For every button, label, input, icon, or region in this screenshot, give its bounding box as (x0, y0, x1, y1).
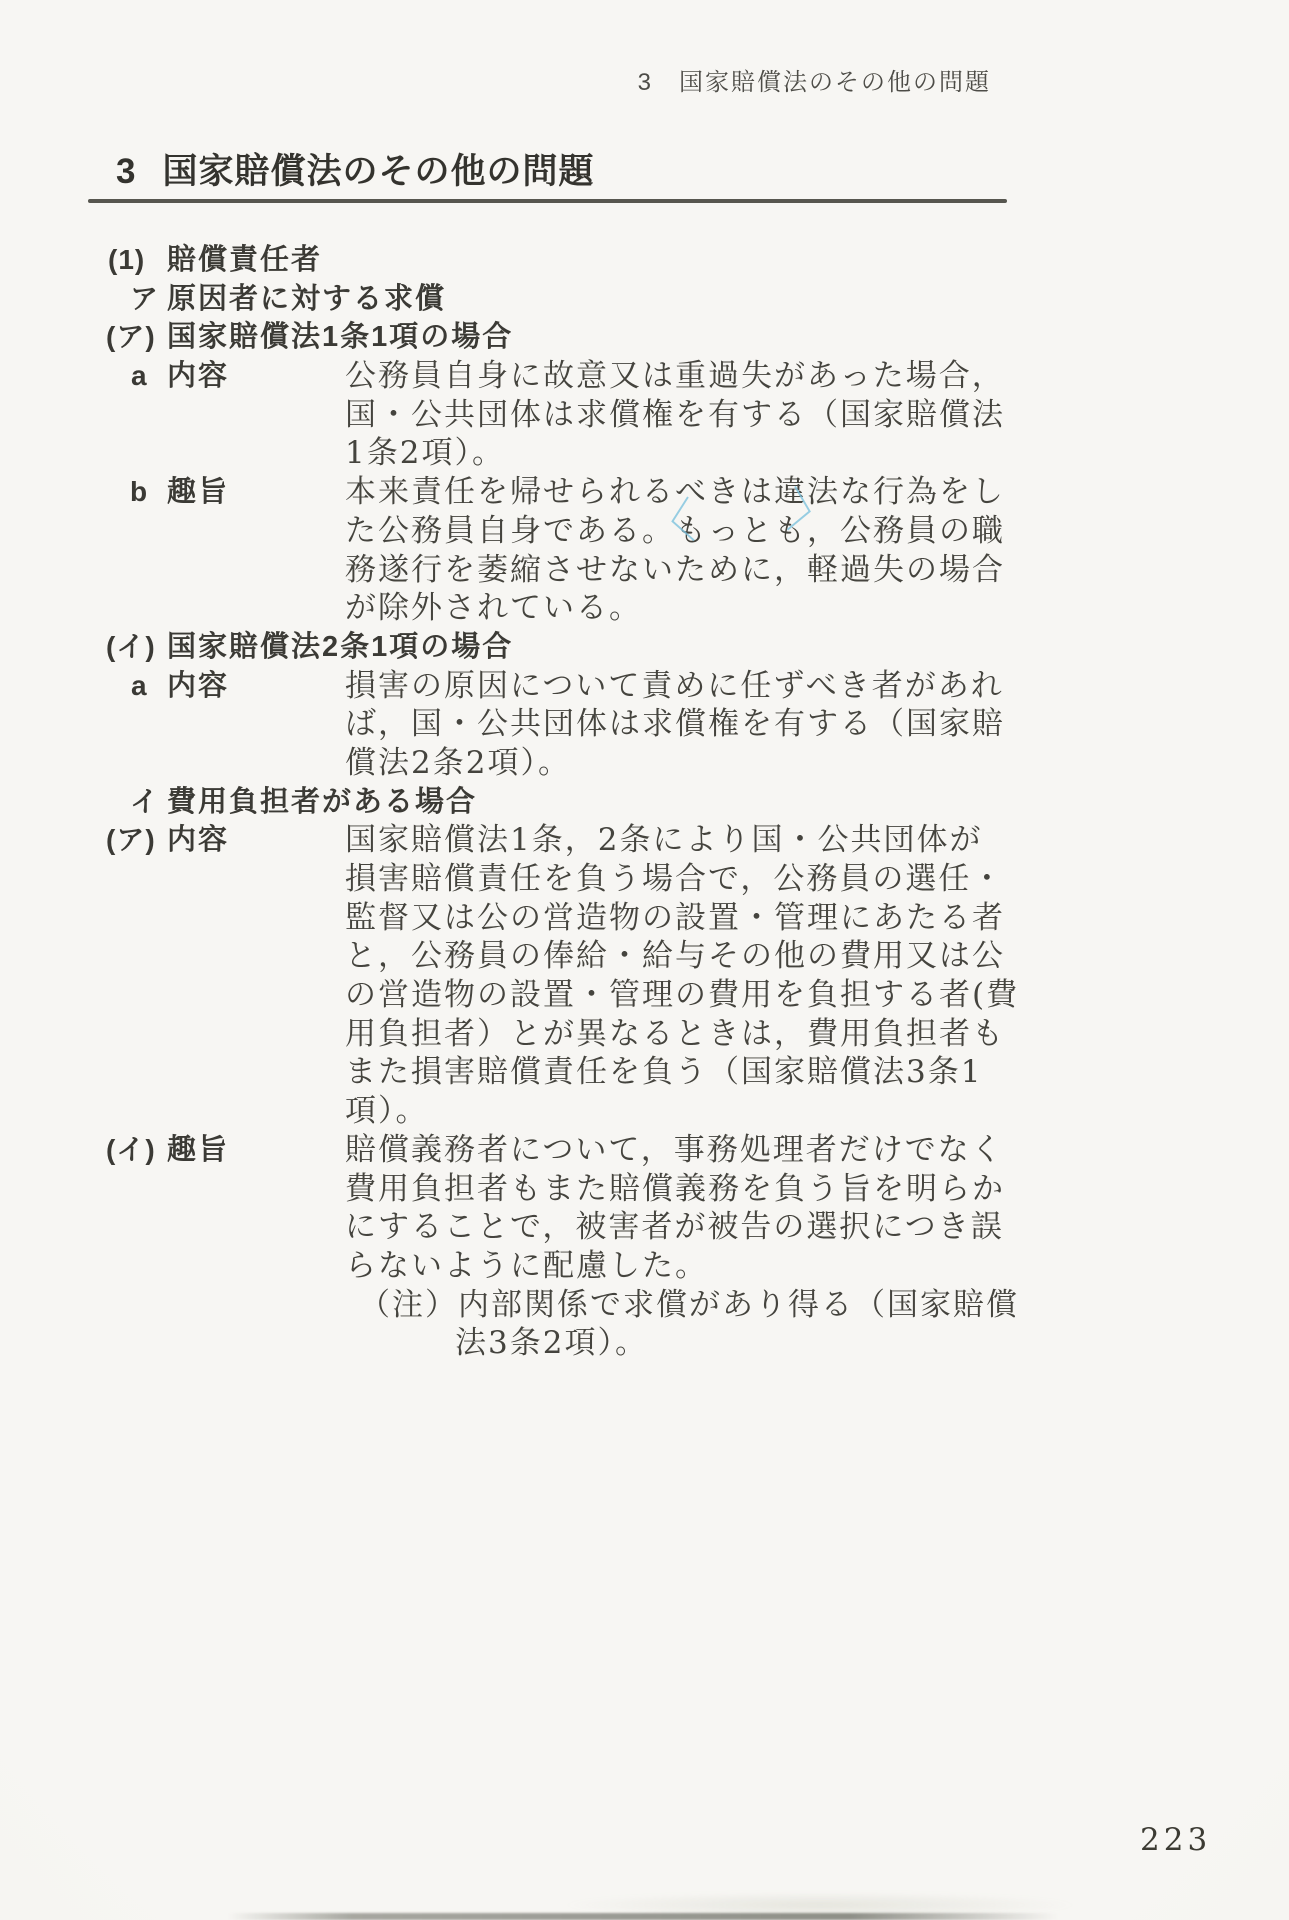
item-number: a (131, 357, 148, 396)
item-heading: 内容 (167, 357, 229, 396)
outline-line: 費用負担者もまた賠償義務を負う旨を明らか (0, 1170, 1289, 1209)
outline-line: 国・公共団体は求償権を有する（国家賠償法 (0, 396, 1289, 435)
item-body-text: 1条2項）。 (345, 434, 505, 473)
outline-line: (ア) 内容 国家賠償法1条，2条により国・公共団体が (0, 821, 1289, 860)
item-heading: 国家賠償法1条1項の場合 (167, 318, 513, 357)
outline-line: (イ) 国家賠償法2条1項の場合 (0, 628, 1289, 667)
item-body-text: 国・公共団体は求償権を有する（国家賠償法 (345, 396, 1005, 435)
item-body-text: と，公務員の俸給・給与その他の費用又は公 (345, 937, 1005, 976)
page-number: 223 (1140, 1822, 1211, 1858)
item-heading: 原因者に対する求償 (167, 280, 446, 319)
section-number: 3 (116, 152, 136, 191)
item-number: (イ) (106, 1131, 156, 1170)
item-body-text: にすることで，被害者が被告の選択につき誤 (345, 1208, 1004, 1247)
outline-line: イ 費用負担者がある場合 (0, 783, 1289, 822)
outline-line: ば，国・公共団体は求償権を有する（国家賠 (0, 705, 1289, 744)
item-number: (ア) (106, 318, 156, 357)
item-body-text: 国家賠償法1条，2条により国・公共団体が (345, 821, 982, 860)
outline-line: 償法2条2項）。 (0, 744, 1289, 783)
item-body-text: （注）内部関係で求償があり得る（国家賠償 (359, 1286, 1019, 1325)
item-heading: 費用負担者がある場合 (167, 783, 477, 822)
outline-content: (1) 賠償責任者 ア 原因者に対する求償 (ア) 国家賠償法1条1項の場合 a… (0, 241, 1289, 1363)
outline-line: にすることで，被害者が被告の選択につき誤 (0, 1208, 1289, 1247)
outline-line: 法3条2項）。 (0, 1324, 1289, 1363)
item-body-text: 損害賠償責任を負う場合で，公務員の選任・ (345, 860, 1004, 899)
item-heading: 内容 (167, 821, 229, 860)
item-body-text: の営造物の設置・管理の費用を負担する者(費 (345, 976, 1019, 1015)
outline-line: a 内容 損害の原因について責めに任ずべき者があれ (0, 667, 1289, 706)
outline-line: が除外されている。 (0, 589, 1289, 628)
document-page: 3 国家賠償法のその他の問題 3国家賠償法のその他の問題 (1) 賠償責任者 ア… (0, 0, 1289, 1920)
outline-line: （注）内部関係で求償があり得る（国家賠償 (0, 1286, 1289, 1325)
item-heading: 趣旨 (167, 473, 229, 512)
outline-line: 用負担者）とが異なるときは，費用負担者も (0, 1015, 1289, 1054)
item-number: ア (130, 280, 159, 319)
outline-line: らないように配慮した。 (0, 1247, 1289, 1286)
item-body-text: らないように配慮した。 (345, 1247, 708, 1286)
outline-line: (イ) 趣旨 賠償義務者について，事務処理者だけでなく (0, 1131, 1289, 1170)
item-number: a (131, 667, 148, 706)
item-body-text: 用負担者）とが異なるときは，費用負担者も (345, 1015, 1005, 1054)
outline-line: 監督又は公の営造物の設置・管理にあたる者 (0, 899, 1289, 938)
outline-line: と，公務員の俸給・給与その他の費用又は公 (0, 937, 1289, 976)
title-underline (88, 199, 1007, 203)
outline-line: (ア) 国家賠償法1条1項の場合 (0, 318, 1289, 357)
item-heading: 内容 (167, 667, 229, 706)
item-body-text: また損害賠償責任を負う（国家賠償法3条1 (345, 1053, 982, 1092)
item-body-text: 法3条2項）。 (455, 1324, 648, 1363)
page-title: 3国家賠償法のその他の問題 (116, 144, 594, 194)
item-body-text: 監督又は公の営造物の設置・管理にあたる者 (345, 899, 1005, 938)
item-number: b (130, 473, 148, 512)
handwritten-close-bracket: 〉 (784, 486, 840, 542)
item-body-text: 務遂行を萎縮させないために，軽過失の場合 (345, 551, 1005, 590)
handwritten-open-bracket: 〈 (643, 497, 697, 551)
outline-line: 損害賠償責任を負う場合で，公務員の選任・ (0, 860, 1289, 899)
item-number: (ア) (106, 821, 156, 860)
outline-line: 務遂行を萎縮させないために，軽過失の場合 (0, 551, 1289, 590)
running-header: 3 国家賠償法のその他の問題 (638, 62, 991, 97)
outline-line: 1条2項）。 (0, 434, 1289, 473)
outline-line: また損害賠償責任を負う（国家賠償法3条1 (0, 1053, 1289, 1092)
item-body-text: 公務員自身に故意又は重過失があった場合， (345, 357, 1005, 396)
item-number: (イ) (106, 628, 156, 667)
item-heading: 賠償責任者 (167, 241, 322, 280)
item-body-text: 賠償義務者について，事務処理者だけでなく (345, 1131, 1004, 1170)
item-body-text: 損害の原因について責めに任ずべき者があれ (345, 667, 1004, 706)
item-body-text: 項）。 (345, 1092, 429, 1131)
outline-line: ア 原因者に対する求償 (0, 280, 1289, 319)
item-body-text: 償法2条2項）。 (345, 744, 571, 783)
item-number: イ (130, 783, 159, 822)
item-body-text: が除外されている。 (345, 589, 642, 628)
item-number: (1) (108, 241, 145, 280)
section-title-text: 国家賠償法のその他の問題 (162, 152, 594, 191)
outline-line: a 内容 公務員自身に故意又は重過失があった場合， (0, 357, 1289, 396)
item-heading: 国家賠償法2条1項の場合 (167, 628, 513, 667)
scan-edge-artifact (228, 1913, 1058, 1920)
item-body-text: ば，国・公共団体は求償権を有する（国家賠 (345, 705, 1005, 744)
outline-line: の営造物の設置・管理の費用を負担する者(費 (0, 976, 1289, 1015)
outline-line: (1) 賠償責任者 (0, 241, 1289, 280)
outline-line: 項）。 (0, 1092, 1289, 1131)
item-body-text: 費用負担者もまた賠償義務を負う旨を明らか (345, 1170, 1005, 1209)
item-heading: 趣旨 (167, 1131, 229, 1170)
